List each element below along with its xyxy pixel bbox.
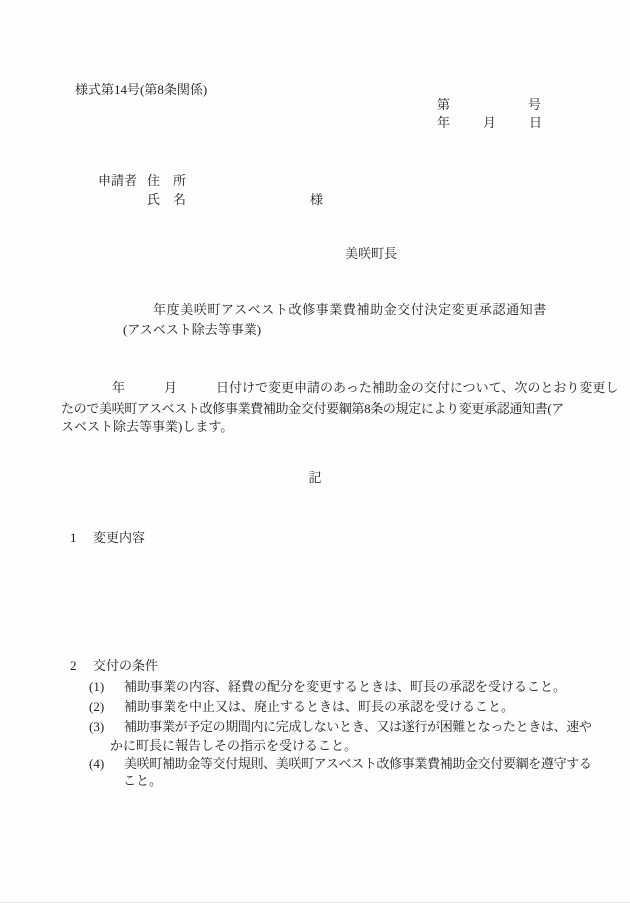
- body-paragraph-line1: 年 月 日付けで変更申請のあった補助金の交付について、次のとおり変更し: [112, 381, 618, 394]
- applicant-address-label: 住 所: [147, 174, 186, 187]
- document-title-line2: (アスベスト除去等事業): [123, 323, 261, 336]
- date-month-label: 月: [483, 116, 496, 129]
- document-title-line1: 年度美咲町アスベスト改修事業費補助金交付決定変更承認通知書: [153, 303, 547, 316]
- applicant-honorific: 様: [310, 193, 323, 206]
- condition-item-1-text: 補助事業の内容、経費の配分を変更するときは、町長の承認を受けること。: [124, 680, 566, 693]
- condition-item-4-text-line1: 美咲町補助金等交付規則、美咲町アスベスト改修事業費補助金交付要綱を遵守する: [124, 757, 592, 770]
- condition-item-4-text-line2: こと。: [123, 774, 162, 787]
- applicant-label: 申請者: [98, 174, 137, 187]
- section-1-number: 1: [70, 531, 77, 544]
- document-page: 様式第14号(第8条関係) 第 号 年 月 日 申請者 住 所 氏 名 様 美咲…: [0, 0, 630, 903]
- condition-item-2-text: 補助事業を中止又は、廃止するときは、町長の承認を受けること。: [124, 700, 514, 713]
- doc-number-suffix: 号: [528, 98, 541, 111]
- body-paragraph-line2: たので美咲町アスベスト改修事業費補助金交付要綱第8条の規定により変更承認通知書(…: [61, 402, 564, 415]
- section-1-title: 変更内容: [93, 531, 145, 544]
- section-2-number: 2: [70, 659, 77, 672]
- condition-item-3-text-line2: かに町長に報告しその指示を受けること。: [110, 739, 357, 752]
- condition-item-2-number: (2): [89, 700, 104, 713]
- doc-number-prefix: 第: [437, 98, 450, 111]
- date-day-label: 日: [529, 116, 542, 129]
- body-paragraph-line3: スベスト除去等事業)します。: [61, 420, 233, 433]
- date-year-label: 年: [437, 116, 450, 129]
- condition-item-1-number: (1): [89, 680, 104, 693]
- condition-item-4-number: (4): [89, 757, 104, 770]
- condition-item-3-text-line1: 補助事業が予定の期間内に完成しないとき、又は遂行が困難となったときは、速や: [124, 720, 592, 733]
- form-number: 様式第14号(第8条関係): [75, 83, 207, 96]
- ki-marker: 記: [0, 471, 630, 484]
- section-2-title: 交付の条件: [93, 659, 158, 672]
- applicant-name-label: 氏 名: [147, 193, 186, 206]
- condition-item-3-number: (3): [89, 720, 104, 733]
- mayor-signature: 美咲町長: [345, 247, 397, 260]
